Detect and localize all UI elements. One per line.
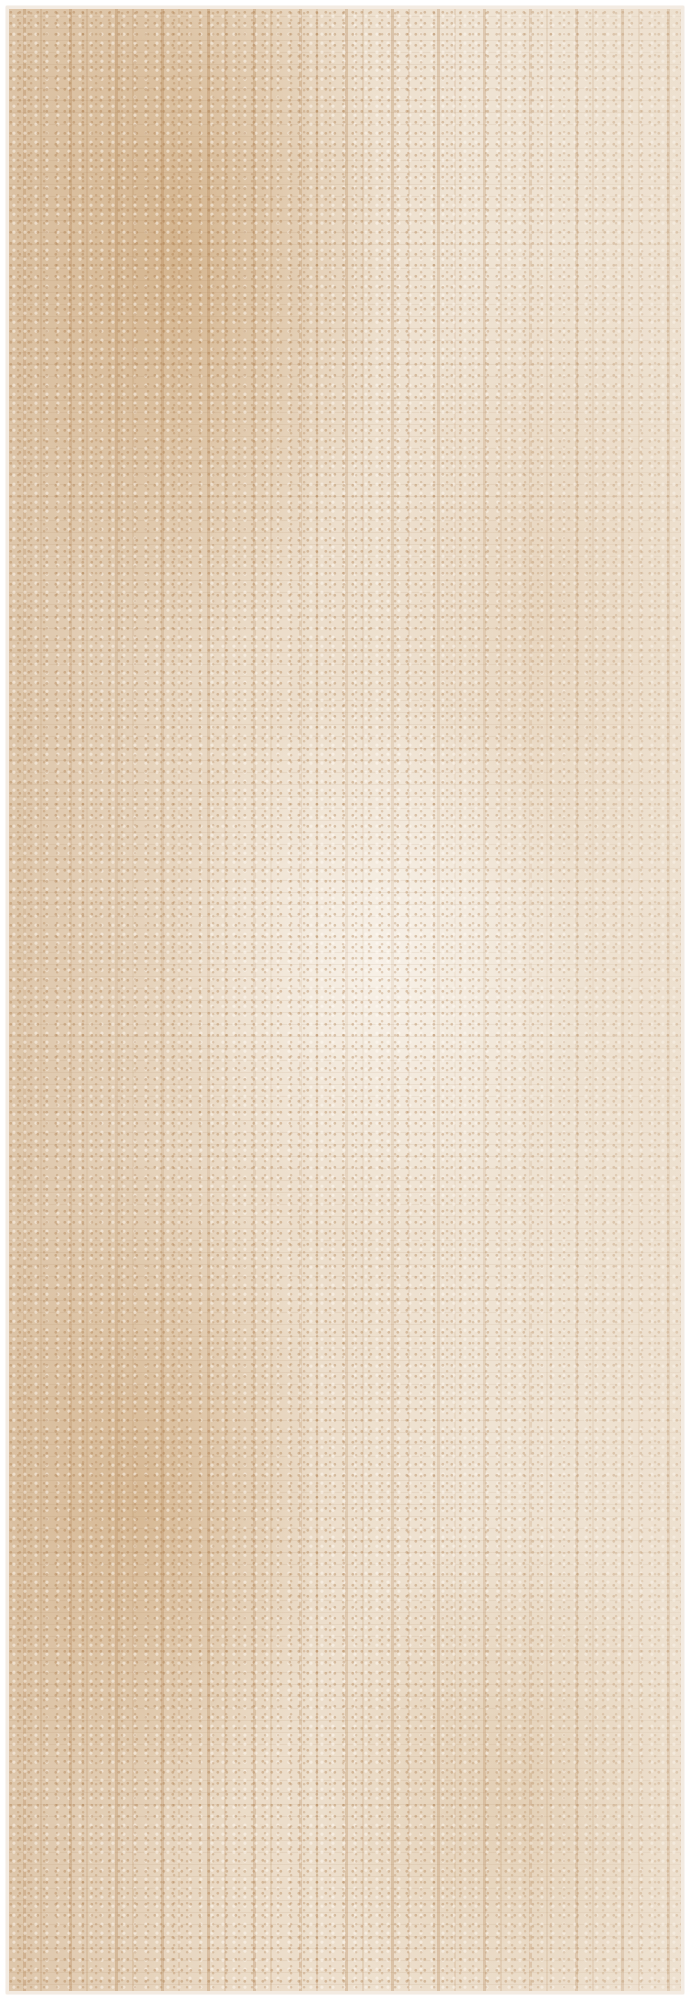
rug-runner: [6, 6, 684, 1994]
rug-light-fade: [9, 9, 681, 1991]
